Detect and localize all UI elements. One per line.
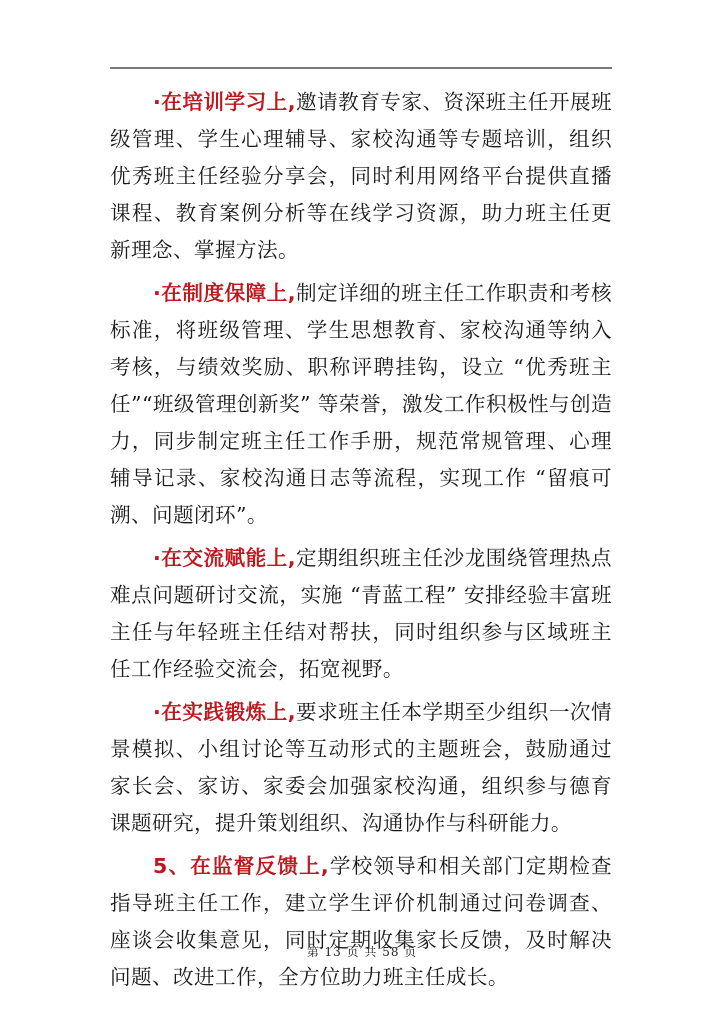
paragraph-exchange: ·在交流赋能上,定期组织班主任沙龙围绕管理热点难点问题研讨交流，实施 “青蓝工程… — [110, 540, 612, 688]
paragraph-lead: 5、在监督反馈上, — [153, 854, 329, 878]
paragraph-lead: ·在实践锻炼上, — [153, 700, 296, 724]
paragraph-text: 制定详细的班主任工作职责和考核标准，将班级管理、学生思想教育、家校沟通等纳入考核… — [110, 281, 612, 527]
paragraph-training: ·在培训学习上,邀请教育专家、资深班主任开展班级管理、学生心理辅导、家校沟通等专… — [110, 84, 612, 269]
paragraph-text: 邀请教育专家、资深班主任开展班级管理、学生心理辅导、家校沟通等专题培训，组织优秀… — [110, 90, 612, 262]
paragraph-lead: ·在培训学习上, — [153, 90, 296, 114]
paragraph-lead: ·在交流赋能上, — [153, 546, 296, 570]
header-rule — [110, 67, 612, 69]
paragraph-lead: ·在制度保障上, — [153, 281, 296, 305]
paragraph-system: ·在制度保障上,制定详细的班主任工作职责和考核标准，将班级管理、学生思想教育、家… — [110, 275, 612, 534]
page-number-footer: 第 13 页 共 58 页 — [0, 943, 724, 960]
paragraph-practice: ·在实践锻炼上,要求班主任本学期至少组织一次情景模拟、小组讨论等互动形式的主题班… — [110, 694, 612, 842]
document-body: ·在培训学习上,邀请教育专家、资深班主任开展班级管理、学生心理辅导、家校沟通等专… — [110, 84, 612, 1002]
paragraph-supervision: 5、在监督反馈上,学校领导和相关部门定期检查指导班主任工作，建立学生评价机制通过… — [110, 848, 612, 996]
